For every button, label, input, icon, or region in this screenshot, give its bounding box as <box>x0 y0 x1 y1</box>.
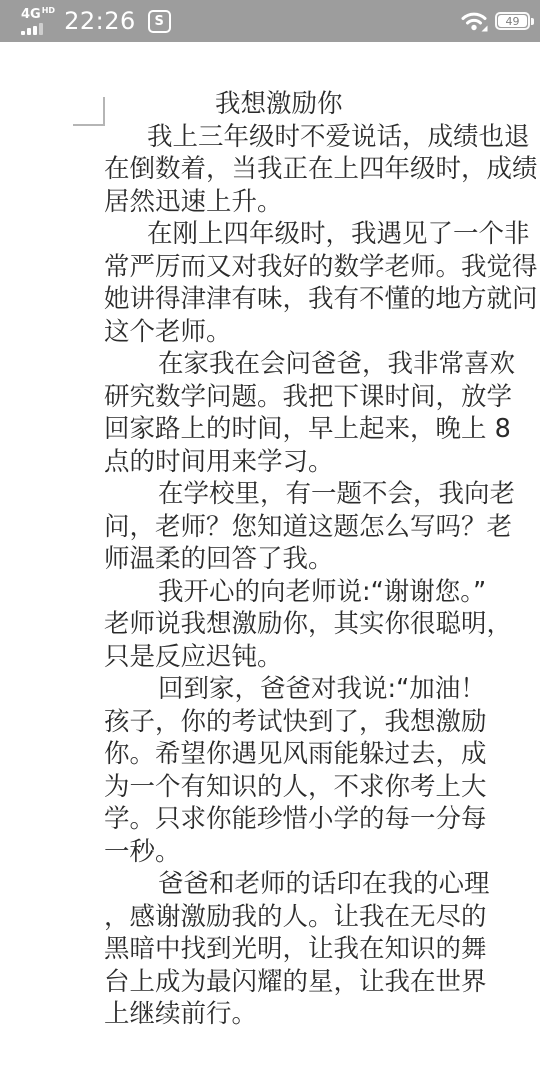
battery-icon: 49 <box>495 12 534 30</box>
margin-corner-mark-icon <box>103 97 105 126</box>
doc-line: 常严厉而又对我好的数学老师。我觉得 <box>104 251 540 284</box>
document-page[interactable]: 我想激励你 我上三年级时不爱说话，成绩也退 在倒数着，当我正在上四年级时，成绩 … <box>0 42 540 1077</box>
signal-strength-bars-icon <box>21 23 55 35</box>
doc-line: 回到家，爸爸对我说:“加油！ <box>158 673 540 706</box>
doc-line: 点的时间用来学习。 <box>104 446 540 479</box>
doc-line: 师温柔的回答了我。 <box>104 543 540 576</box>
network-type-label: 4G <box>21 8 41 21</box>
hd-voice-badge: HD <box>42 7 55 15</box>
screenshot-s-badge-icon: S <box>148 10 171 33</box>
doc-line: 在倒数着，当我正在上四年级时，成绩 <box>104 153 540 186</box>
doc-line: 学。只求你能珍惜小学的每一分每 <box>104 803 540 836</box>
doc-line: 黑暗中找到光明，让我在知识的舞 <box>104 933 540 966</box>
doc-line: 在刚上四年级时，我遇见了一个非 <box>147 218 540 251</box>
doc-line: 只是反应迟钝。 <box>104 641 540 674</box>
status-bar: 4G HD 22:26 S 49 <box>0 0 540 42</box>
doc-line: 我上三年级时不爱说话，成绩也退 <box>147 121 540 154</box>
battery-percent-label: 49 <box>497 14 528 28</box>
doc-line: ，感谢激励我的人。让我在无尽的 <box>104 901 540 934</box>
document-content: 我想激励你 我上三年级时不爱说话，成绩也退 在倒数着，当我正在上四年级时，成绩 … <box>0 42 540 1031</box>
doc-line: 我开心的向老师说:“谢谢您。” <box>158 576 540 609</box>
doc-line: 居然迅速上升。 <box>104 186 540 219</box>
doc-line: 她讲得津津有味，我有不懂的地方就问 <box>104 283 540 316</box>
doc-line: 为一个有知识的人，不求你考上大 <box>104 771 540 804</box>
doc-line: 回家路上的时间，早上起来，晚上 8 <box>104 413 540 446</box>
doc-line: 老师说我想激励你，其实你很聪明， <box>104 608 540 641</box>
doc-line: 在学校里，有一题不会，我向老 <box>158 478 540 511</box>
doc-title: 我想激励你 <box>215 88 540 121</box>
doc-line: 你。希望你遇见风雨能躲过去，成 <box>104 738 540 771</box>
doc-line: 问，老师？您知道这题怎么写吗？老 <box>104 511 540 544</box>
doc-line: 上继续前行。 <box>104 998 540 1031</box>
margin-corner-mark-icon <box>73 124 105 126</box>
wifi-icon <box>461 10 488 32</box>
doc-line: 研究数学问题。我把下课时间，放学 <box>104 381 540 414</box>
status-bar-clock: 22:26 <box>64 7 136 35</box>
doc-line: 孩子，你的考试快到了，我想激励 <box>104 706 540 739</box>
doc-line: 一秒。 <box>104 836 540 869</box>
doc-line: 台上成为最闪耀的星，让我在世界 <box>104 966 540 999</box>
doc-line: 爸爸和老师的话印在我的心理 <box>158 868 540 901</box>
doc-line: 这个老师。 <box>104 316 540 349</box>
doc-line: 在家我在会问爸爸，我非常喜欢 <box>158 348 540 381</box>
cellular-signal-icon: 4G HD <box>21 8 55 35</box>
